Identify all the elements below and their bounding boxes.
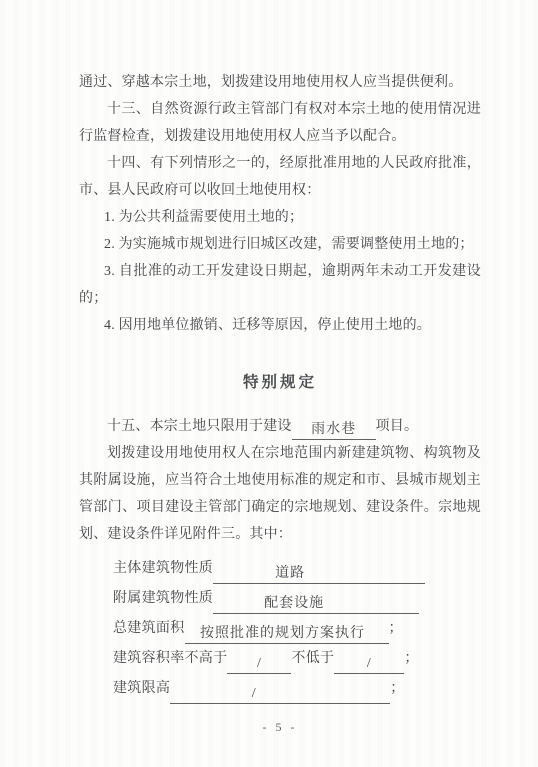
field-aux-building-nature: 附属建筑物性质配套设施: [113, 584, 481, 614]
field-plot-ratio: 建筑容积率不高于/不低于/；: [113, 644, 481, 674]
field-total-area-label: 总建筑面积: [113, 621, 185, 636]
field-height-limit-value-blank: /: [170, 683, 390, 704]
field-height-limit-label: 建筑限高: [113, 681, 170, 696]
clause-15-prefix: 十五、本宗土地只限用于建设: [107, 419, 292, 434]
clause-14-item-1: 1. 为公共利益需要使用土地的；: [79, 204, 481, 231]
field-plot-ratio-min-blank: /: [334, 653, 404, 674]
clause-14-item-4: 4. 因用地单位撤销、迁移等原因，停止使用土地的。: [79, 312, 481, 339]
field-height-limit-punct: ；: [390, 681, 404, 696]
scanned-document-page: 通过、穿越本宗土地，划拨建设用地使用权人应当提供便利。 十三、自然资源行政主管部…: [0, 0, 538, 767]
clause-14-item-3: 3. 自批准的动工开发建设日期起，逾期两年未动工开发建设的；: [79, 258, 481, 312]
field-aux-building-label: 附属建筑物性质: [113, 591, 213, 606]
clause-15-paragraph-2: 划拨建设用地使用权人在宗地范围内新建建筑物、构筑物及其附属设施，应当符合土地使用…: [79, 440, 481, 548]
field-main-building-nature: 主体建筑物性质道路: [113, 554, 481, 584]
clause-14-intro: 十四、有下列情形之一的，经原批准用地的人民政府批准，市、县人民政府可以收回土地使…: [79, 150, 481, 204]
field-main-building-value-blank: 道路: [213, 563, 425, 584]
field-plot-ratio-min-label: 不低于: [291, 651, 334, 666]
field-total-area-punct: ；: [389, 621, 403, 636]
field-plot-ratio-punct: ；: [404, 651, 418, 666]
field-total-area-value-blank: 按照批准的规划方案执行: [185, 623, 389, 644]
page-number: - 5 -: [79, 718, 481, 736]
clause-15-project-line: 十五、本宗土地只限用于建设雨水巷项目。: [79, 413, 481, 440]
field-total-floor-area: 总建筑面积按照批准的规划方案执行；: [113, 614, 481, 644]
planning-condition-fields: 主体建筑物性质道路 附属建筑物性质配套设施 总建筑面积按照批准的规划方案执行； …: [79, 554, 481, 704]
field-main-building-label: 主体建筑物性质: [113, 561, 213, 576]
clause-15-suffix: 项目。: [376, 419, 419, 434]
project-name-blank: 雨水巷: [292, 420, 376, 440]
paragraph-continuation: 通过、穿越本宗土地，划拨建设用地使用权人应当提供便利。: [79, 69, 481, 96]
field-building-height-limit: 建筑限高/；: [113, 674, 481, 704]
field-plot-ratio-max-label: 建筑容积率不高于: [113, 651, 227, 666]
field-aux-building-value-blank: 配套设施: [213, 593, 419, 614]
clause-14-item-2: 2. 为实施城市规划进行旧城区改建，需要调整使用土地的；: [79, 231, 481, 258]
field-plot-ratio-max-blank: /: [227, 653, 291, 674]
section-title-special-provisions: 特别规定: [79, 371, 481, 395]
document-body: 通过、穿越本宗土地，划拨建设用地使用权人应当提供便利。 十三、自然资源行政主管部…: [79, 69, 481, 736]
clause-13: 十三、自然资源行政主管部门有权对本宗土地的使用情况进行监督检查，划拨建设用地使用…: [79, 96, 481, 150]
